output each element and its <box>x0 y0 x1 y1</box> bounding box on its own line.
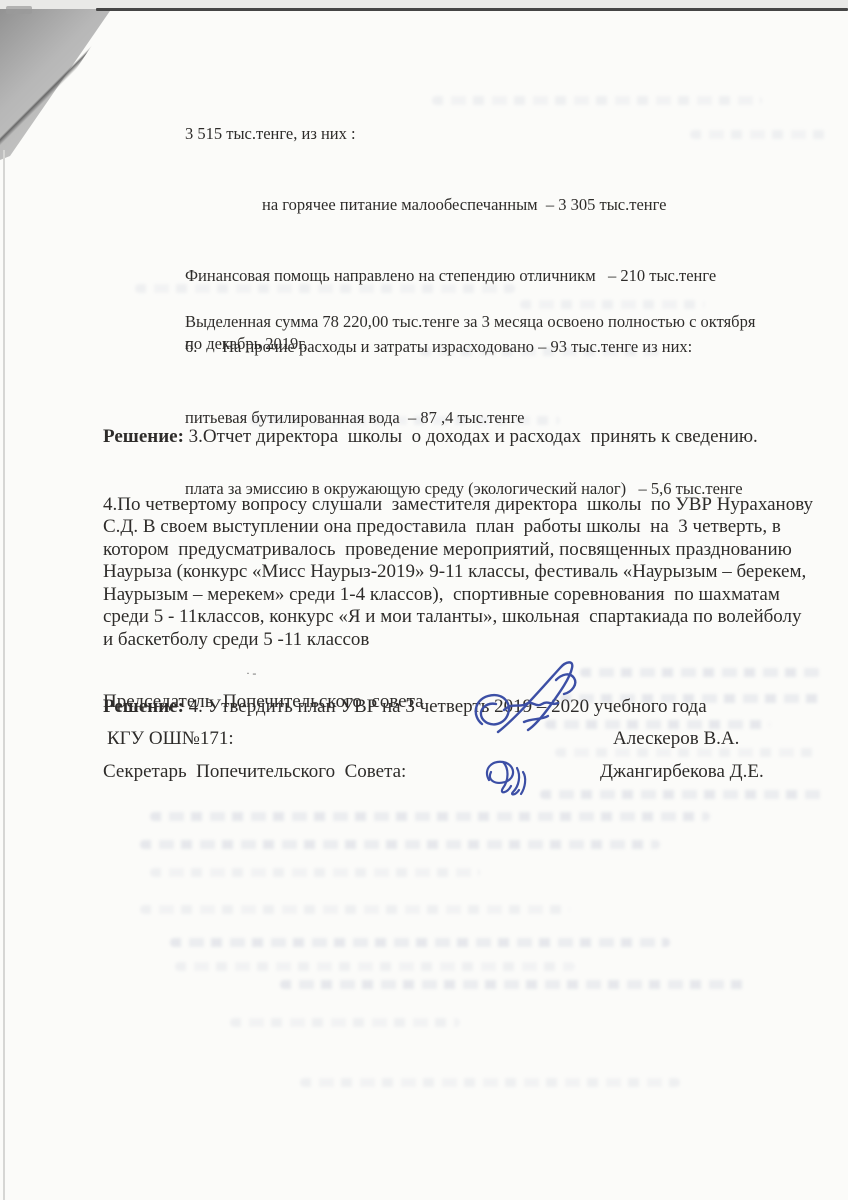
page-corner-fold-edge <box>0 0 120 160</box>
stray-pen-mark: · - <box>246 666 256 681</box>
decisions-section: Решение: 3.Отчет директора школы о доход… <box>103 381 815 741</box>
bleed-through-text <box>230 1018 460 1027</box>
bleed-through-text <box>540 790 825 799</box>
agenda-item-4-paragraph: 4.По четвертому вопросу слушали заместит… <box>103 494 815 652</box>
decision-3-text: 3.Отчет директора школы о доходах и расх… <box>184 426 758 447</box>
finance-line: Финансовая помощь направлено на степенди… <box>185 266 815 285</box>
finance-line: на горячее питание малообеспечанным – 3 … <box>185 195 815 214</box>
bleed-through-text <box>140 840 660 849</box>
bleed-through-text <box>300 1078 680 1087</box>
decision-3-paragraph: Решение: 3.Отчет директора школы о доход… <box>103 426 815 449</box>
chairman-name: Алескеров В.А. <box>613 728 739 750</box>
chairman-title: Председатель Попечительского совета <box>103 691 424 713</box>
bleed-through-text <box>150 868 480 877</box>
scan-speck <box>6 6 32 14</box>
secretary-name: Джангирбекова Д.Е. <box>600 761 764 783</box>
secretary-title: Секретарь Попечительского Совета: <box>103 761 406 783</box>
bleed-through-text <box>140 905 570 914</box>
organization-label: КГУ ОШ№171: <box>107 728 234 750</box>
allocated-sum-summary: Выделенная сумма 78 220,00 тыс.тенге за … <box>185 311 770 355</box>
scanner-top-edge-line <box>96 8 848 11</box>
scanned-document-page: { "colors": { "paper": "#fbfbf9", "text_… <box>0 0 848 1200</box>
bleed-through-text <box>170 938 670 947</box>
bleed-through-text <box>175 962 575 971</box>
page-left-edge-line <box>3 150 5 1200</box>
finance-line: 3 515 тыс.тенге, из них : <box>185 124 815 143</box>
secretary-signature <box>479 754 545 804</box>
bleed-through-text <box>280 980 750 989</box>
bleed-through-text <box>150 812 710 821</box>
decision-3-label: Решение: <box>103 426 184 447</box>
chairman-signature <box>468 658 593 760</box>
